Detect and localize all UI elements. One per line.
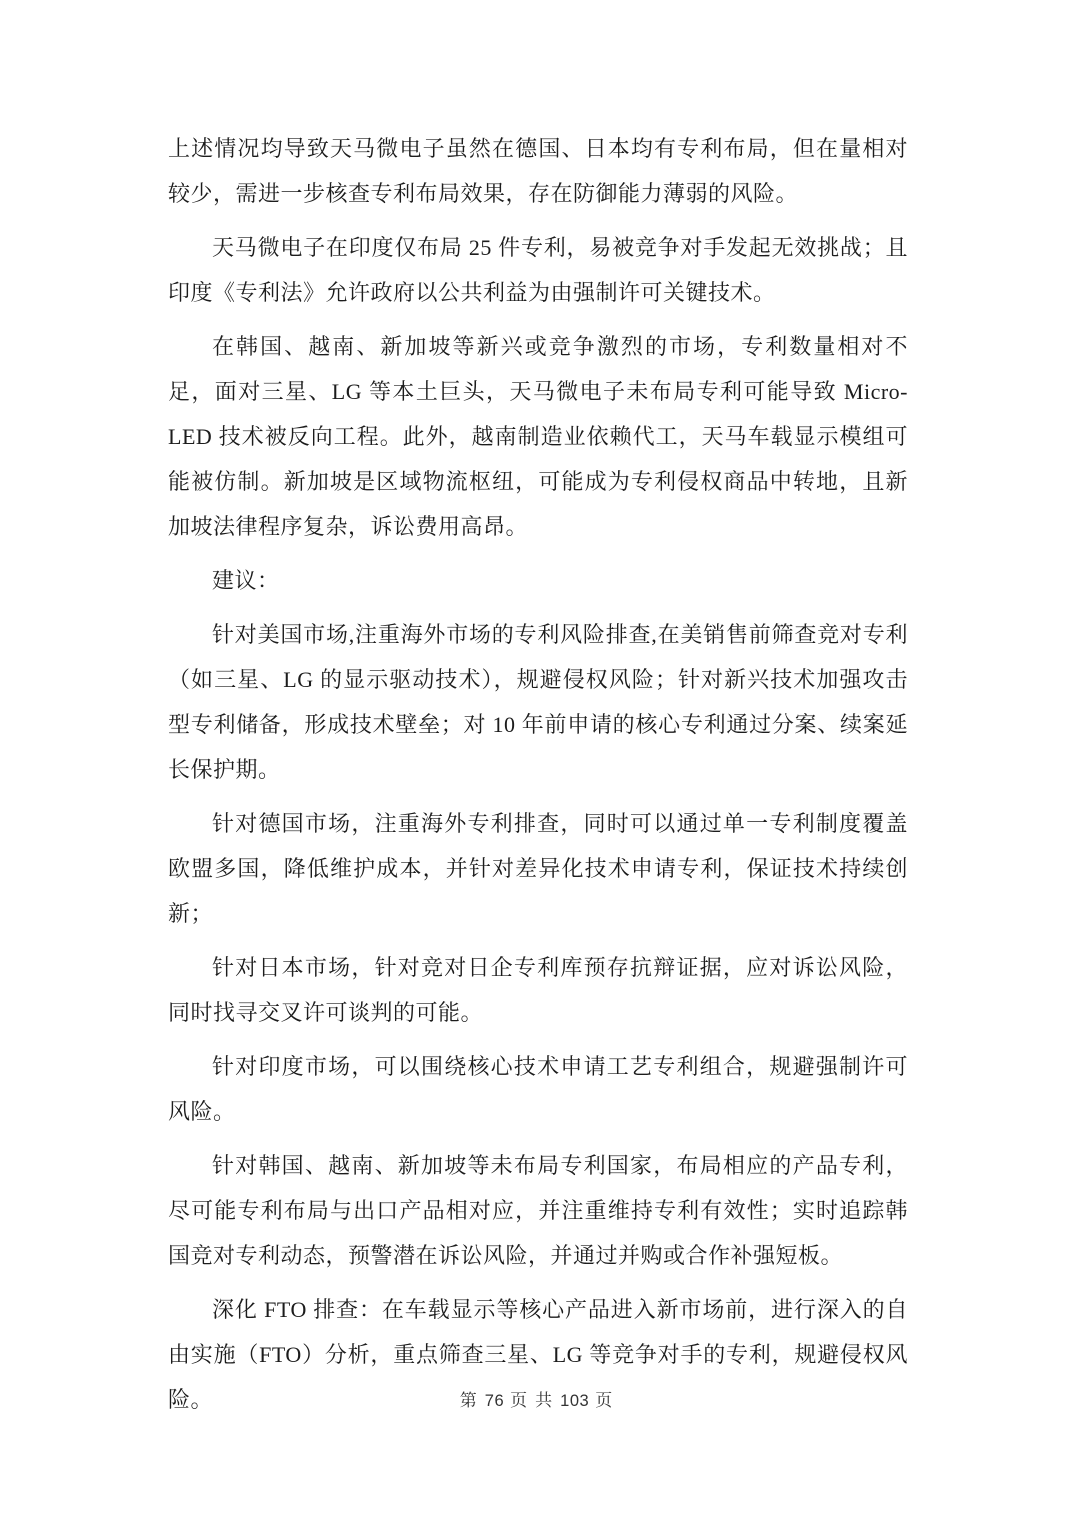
document-page: 上述情况均导致天马微电子虽然在德国、日本均有专利布局，但在量相对较少，需进一步核… <box>0 0 1074 1520</box>
footer-label-di: 第 <box>460 1386 479 1411</box>
paragraph-overview-risk: 上述情况均导致天马微电子虽然在德国、日本均有专利布局，但在量相对较少，需进一步核… <box>168 126 908 216</box>
paragraph-us-market-advice: 针对美国市场,注重海外市场的专利风险排查,在美销售前筛查竞对专利（如三星、LG … <box>168 612 908 792</box>
footer-label-gong: 共 <box>535 1386 554 1411</box>
footer-total-page-number: 103 <box>560 1392 589 1411</box>
footer-label-ye-2: 页 <box>595 1386 614 1411</box>
paragraph-india-risk: 天马微电子在印度仅布局 25 件专利，易被竞争对手发起无效挑战；且印度《专利法》… <box>168 225 908 315</box>
paragraph-japan-market-advice: 针对日本市场，针对竞对日企专利库预存抗辩证据，应对诉讼风险，同时找寻交叉许可谈判… <box>168 945 908 1035</box>
paragraph-korea-advice: 针对韩国、越南、新加坡等未布局专利国家，布局相应的产品专利，尽可能专利布局与出口… <box>168 1143 908 1278</box>
footer-label-ye: 页 <box>510 1386 529 1411</box>
paragraph-korea-vietnam-singapore-risk: 在韩国、越南、新加坡等新兴或竞争激烈的市场，专利数量相对不足，面对三星、LG 等… <box>168 324 908 549</box>
paragraph-suggestion-heading: 建议： <box>168 558 908 603</box>
footer-current-page-number: 76 <box>485 1392 504 1411</box>
document-body: 上述情况均导致天马微电子虽然在德国、日本均有专利布局，但在量相对较少，需进一步核… <box>168 126 908 1431</box>
paragraph-india-market-advice: 针对印度市场，可以围绕核心技术申请工艺专利组合，规避强制许可风险。 <box>168 1044 908 1134</box>
page-footer: 第76页共103页 <box>0 1386 1074 1411</box>
paragraph-germany-market-advice: 针对德国市场，注重海外专利排查，同时可以通过单一专利制度覆盖欧盟多国，降低维护成… <box>168 801 908 936</box>
